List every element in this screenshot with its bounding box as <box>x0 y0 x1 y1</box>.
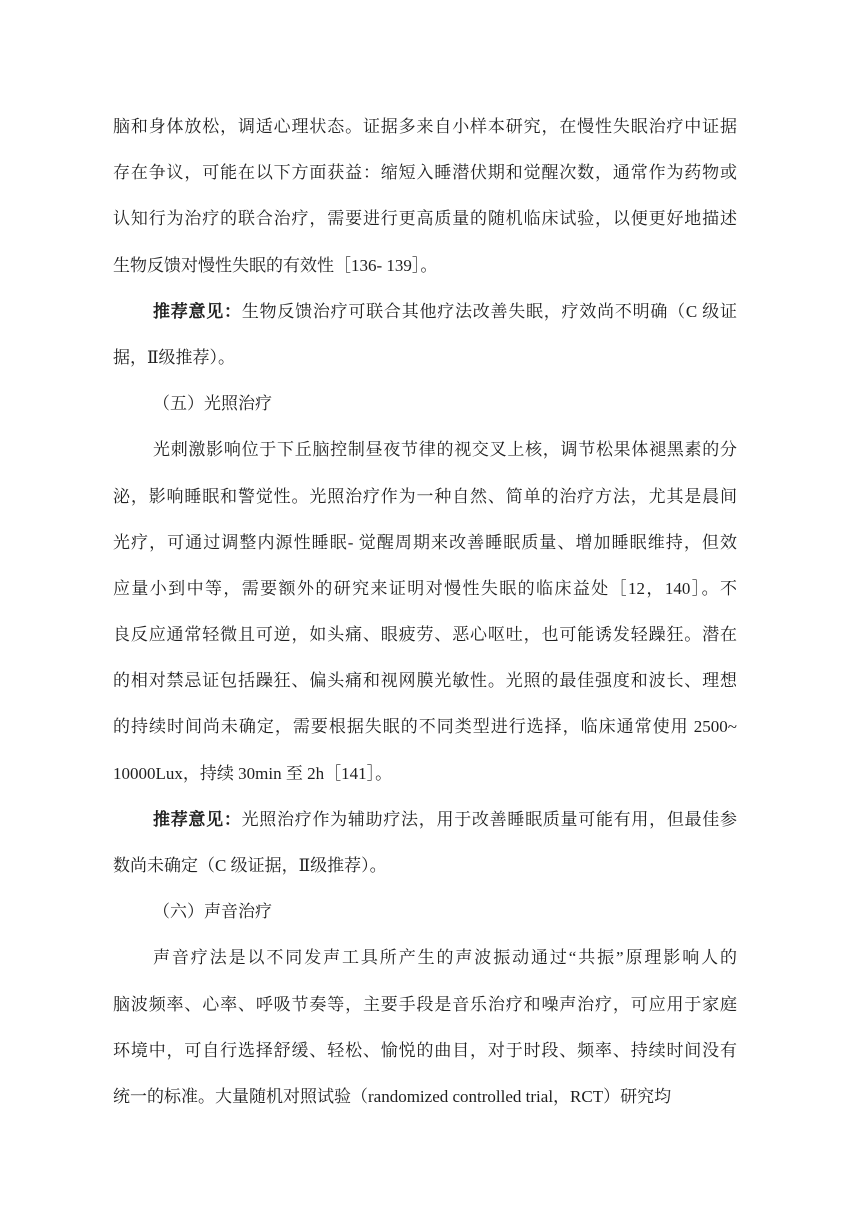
text-line: 数尚未确定（C 级证据，Ⅱ级推荐）。 <box>113 843 737 889</box>
text-line: 泌，影响睡眠和警觉性。光照治疗作为一种自然、简单的治疗方法，尤其是晨间 <box>113 474 737 520</box>
text-line: 声音疗法是以不同发声工具所产生的声波振动通过“共振”原理影响人的 <box>113 935 737 981</box>
text-line: 良反应通常轻微且可逆，如头痛、眼疲劳、恶心呕吐，也可能诱发轻躁狂。潜在 <box>113 612 737 658</box>
text-line: 统一的标准。大量随机对照试验（randomized controlled tri… <box>113 1074 737 1120</box>
text-line: 生物反馈对慢性失眠的有效性［136- 139］。 <box>113 243 737 289</box>
document-page: 脑和身体放松，调适心理状态。证据多来自小样本研究，在慢性失眠治疗中证据存在争议，… <box>0 0 868 1228</box>
recommendation-label: 推荐意见： <box>153 810 242 829</box>
text-line: 的持续时间尚未确定，需要根据失眠的不同类型进行选择，临床通常使用 2500~ <box>113 704 737 750</box>
page-text-block: 脑和身体放松，调适心理状态。证据多来自小样本研究，在慢性失眠治疗中证据存在争议，… <box>113 104 737 1120</box>
text-line: 脑和身体放松，调适心理状态。证据多来自小样本研究，在慢性失眠治疗中证据 <box>113 104 737 150</box>
text-line: 存在争议，可能在以下方面获益：缩短入睡潜伏期和觉醒次数，通常作为药物或 <box>113 150 737 196</box>
section-heading-line: （五）光照治疗 <box>113 381 737 427</box>
text-line: 10000Lux，持续 30min 至 2h［141］。 <box>113 751 737 797</box>
section-heading-line: （六）声音治疗 <box>113 889 737 935</box>
text-line: 环境中，可自行选择舒缓、轻松、愉悦的曲目，对于时段、频率、持续时间没有 <box>113 1028 737 1074</box>
text-line: 认知行为治疗的联合治疗，需要进行更高质量的随机临床试验，以便更好地描述 <box>113 196 737 242</box>
text-line: 脑波频率、心率、呼吸节奏等，主要手段是音乐治疗和噪声治疗，可应用于家庭 <box>113 982 737 1028</box>
text-line: 光刺激影响位于下丘脑控制昼夜节律的视交叉上核，调节松果体褪黑素的分 <box>113 427 737 473</box>
text-line: 光疗，可通过调整内源性睡眠- 觉醒周期来改善睡眠质量、增加睡眠维持，但效 <box>113 520 737 566</box>
text-line: 据，Ⅱ级推荐）。 <box>113 335 737 381</box>
text-line: 推荐意见：光照治疗作为辅助疗法，用于改善睡眠质量可能有用，但最佳参 <box>113 797 737 843</box>
recommendation-label: 推荐意见： <box>153 302 242 321</box>
text-line: 的相对禁忌证包括躁狂、偏头痛和视网膜光敏性。光照的最佳强度和波长、理想 <box>113 658 737 704</box>
text-line: 应量小到中等，需要额外的研究来证明对慢性失眠的临床益处［12，140］。不 <box>113 566 737 612</box>
text-line: 推荐意见：生物反馈治疗可联合其他疗法改善失眠，疗效尚不明确（C 级证 <box>113 289 737 335</box>
